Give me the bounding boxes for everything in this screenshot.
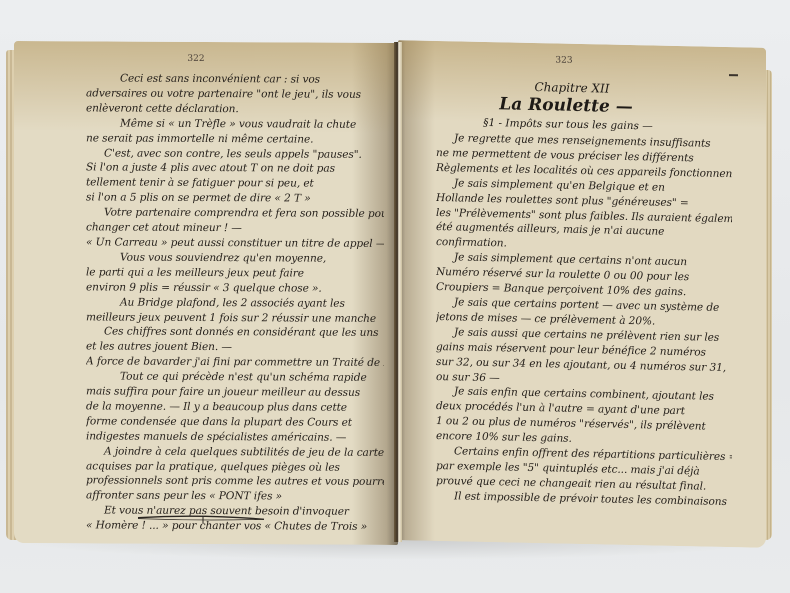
manuscript-line: si l'on a 5 plis on se permet de dire « … (86, 191, 384, 207)
manuscript-line: Vous vous souviendrez qu'en moyenne, (86, 250, 384, 266)
manuscript-line: professionnels sont pris comme les autre… (86, 474, 384, 490)
manuscript-line: A joindre à cela quelques subtilités de … (86, 444, 384, 460)
manuscript-line: indigestes manuels de spécialistes améri… (86, 429, 384, 445)
page-number-left: 322 (4, 53, 388, 65)
left-page-text: Ceci est sans inconvénient car : si vos … (86, 71, 384, 535)
manuscript-line: mais suffira pour faire un joueur meille… (86, 384, 384, 400)
manuscript-line: ne serait pas immortelle ni même certain… (86, 131, 384, 147)
manuscript-line: Ces chiffres sont donnés en considérant … (86, 325, 384, 341)
manuscript-line: Même si « un Trèfle » vous vaudrait la c… (86, 116, 384, 132)
book-gutter (394, 42, 402, 542)
end-flourish-icon (136, 513, 266, 524)
manuscript-line: « Un Carreau » peut aussi constituer un … (86, 235, 384, 251)
manuscript-line: de la moyenne. — Il y a beaucoup plus da… (86, 399, 384, 415)
manuscript-line: enlèveront cette déclaration. (86, 101, 384, 117)
corner-mark (729, 74, 738, 76)
manuscript-line: tellement tenir à se fatiguer pour si pe… (86, 176, 384, 192)
manuscript-line: Tout ce qui précède n'est qu'un schéma r… (86, 369, 384, 385)
manuscript-line: acquises par la pratique, quelques piège… (86, 459, 384, 475)
manuscript-line: le parti qui a les meilleurs jeux peut f… (86, 265, 384, 281)
manuscript-line: meilleurs jeux peuvent 1 fois sur 2 réus… (86, 310, 384, 326)
manuscript-line: adversaires ou votre partenaire "ont le … (86, 86, 384, 102)
left-page: 322 Ceci est sans inconvénient car : si … (14, 41, 398, 545)
manuscript-line: Au Bridge plafond, les 2 associés ayant … (86, 295, 384, 311)
manuscript-line: environ 9 plis = réussir « 3 quelque cho… (86, 280, 384, 296)
manuscript-line: Si l'on a juste 4 plis avec atout T on n… (86, 161, 384, 177)
manuscript-line: Votre partenaire comprendra et fera son … (86, 206, 384, 222)
page-number-right: 323 (380, 52, 748, 70)
right-page-text: Je regrette que mes renseignements insuf… (436, 131, 732, 510)
manuscript-line: affronter sans peur les « PONT ifes » (86, 489, 384, 505)
manuscript-line: et les autres jouent Bien. — (86, 340, 384, 356)
manuscript-line: A force de bavarder j'ai fini par commet… (86, 355, 384, 371)
manuscript-line: Ceci est sans inconvénient car : si vos (86, 71, 384, 87)
right-page: 323 Chapitre XII La Roulette — §1 - Impô… (398, 40, 766, 548)
manuscript-line: forme condensée que dans la plupart des … (86, 414, 384, 430)
manuscript-line: C'est, avec son contre, les seuls appels… (86, 146, 384, 162)
manuscript-line: changer cet atout mineur ! — (86, 220, 384, 236)
